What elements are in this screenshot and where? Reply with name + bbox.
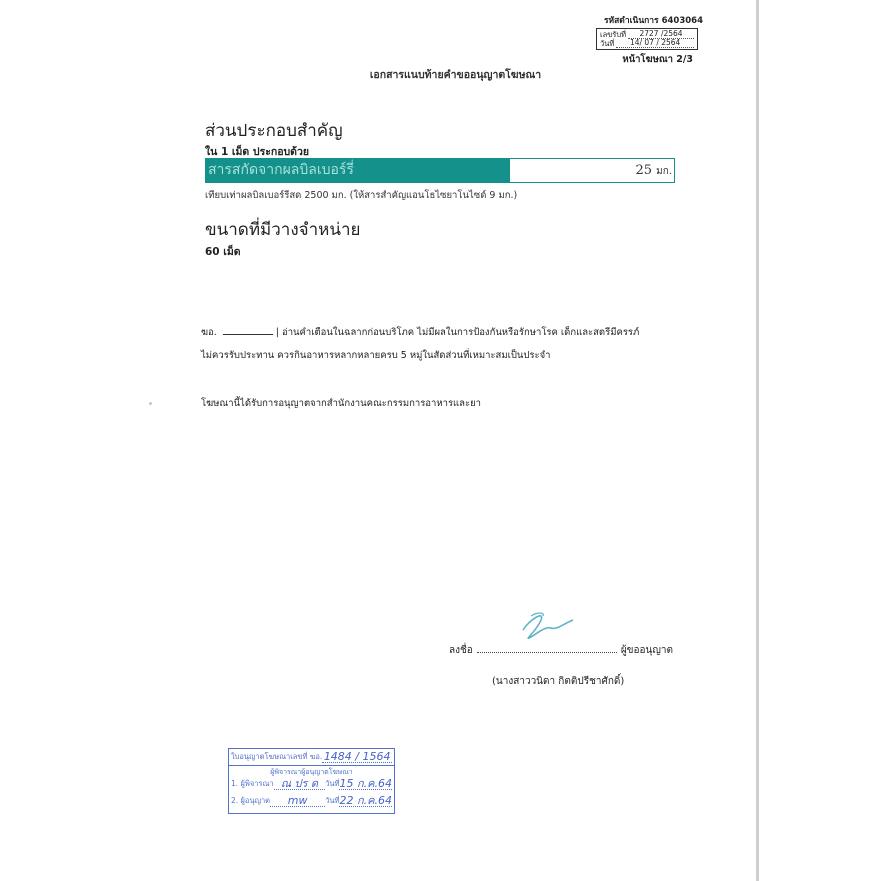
receipt-date-row: วันที่ 14/ 07 / 2564 [600, 39, 694, 48]
signature-dots [477, 642, 617, 653]
signature-mark [515, 606, 575, 644]
equivalent-note: เทียบเท่าผลบิลเบอร์รีสด 2500 มก. (ให้สาร… [205, 188, 517, 203]
warning-line-1: ฆอ.| อ่านคำเตือนในฉลากก่อนบริโภค ไม่มีผล… [201, 325, 639, 340]
receipt-date-value: 14/ 07 / 2564 [616, 39, 694, 48]
approval-note: โฆษณานี้ได้รับการอนุญาตจากสำนักงานคณะกรร… [201, 396, 481, 411]
permit-number-blank [223, 325, 273, 335]
process-code-value: 6403064 [662, 16, 703, 26]
package-heading: ขนาดที่มีวางจำหน่าย [205, 216, 360, 243]
stamp-reviewer-row: 1. ผู้พิจารณา ณ ปร ด วันที่ 15 ก.ค.64 [231, 778, 392, 790]
ad-page-number: หน้าโฆษณา 2/3 [593, 52, 703, 67]
signer-role: ผู้ขออนุญาต [621, 645, 673, 656]
stamp-permit-label: ใบอนุญาตโฆษณาเลขที่ ฆอ. [231, 751, 322, 763]
signer-name: (นางสาววนิดา กิตติปรีชาศักดิ์) [492, 674, 624, 689]
ingredient-amount: 25 มก. [510, 158, 675, 183]
scan-speck [149, 402, 152, 405]
page-edge-divider [756, 0, 759, 881]
ingredient-amount-value: 25 [635, 163, 652, 178]
stamp-approver-signature: mw [270, 795, 325, 807]
ingredient-row: สารสกัดจากผลบิลเบอร์รี่ 25 มก. [205, 158, 675, 183]
stamp-reviewer-label: 1. ผู้พิจารณา [231, 778, 274, 790]
stamp-reviewer-date: 15 ก.ค.64 [339, 778, 392, 790]
stamp-permit-row: ใบอนุญาตโฆษณาเลขที่ ฆอ. 1484 / 1564 [231, 751, 392, 763]
permit-prefix: ฆอ. [201, 327, 217, 338]
warning-line-2: ไม่ควรรับประทาน ควรกินอาหารหลากหลายครบ 5… [201, 348, 551, 363]
receipt-number-label: เลขรับที่ [600, 30, 626, 39]
stamp-approver-date-label: วันที่ [325, 795, 339, 807]
stamp-permit-value: 1484 / 1564 [322, 751, 392, 763]
ad-page-value: 2/3 [676, 54, 693, 65]
receipt-date-label: วันที่ [600, 39, 614, 48]
ad-page-label: หน้าโฆษณา [622, 54, 673, 65]
stamp-reviewer-signature: ณ ปร ด [274, 778, 326, 790]
receipt-box: เลขรับที่ 2727 /2564 วันที่ 14/ 07 / 256… [596, 28, 698, 50]
warning-text-1: | อ่านคำเตือนในฉลากก่อนบริโภค ไม่มีผลในก… [276, 327, 640, 338]
stamp-approver-row: 2. ผู้อนุญาต mw วันที่ 22 ก.ค.64 [231, 795, 392, 807]
ingredient-amount-unit: มก. [656, 166, 672, 177]
signature-line: ลงชื่อผู้ขออนุญาต [449, 642, 673, 658]
document-title: เอกสารแนบท้ายคำขออนุญาตโฆษณา [0, 66, 881, 83]
stamp-reviewer-date-label: วันที่ [325, 778, 339, 790]
document-title-text: เอกสารแนบท้ายคำขออนุญาตโฆษณา [370, 66, 541, 83]
approval-stamp: ใบอนุญาตโฆษณาเลขที่ ฆอ. 1484 / 1564 ผู้พ… [228, 748, 395, 814]
reference-block: รหัสดำเนินการ 6403064 เลขรับที่ 2727 /25… [593, 16, 703, 67]
process-code-label: รหัสดำเนินการ [604, 16, 659, 26]
composition-heading: ส่วนประกอบสำคัญ [205, 117, 343, 144]
sign-label: ลงชื่อ [449, 645, 473, 656]
stamp-approver-date: 22 ก.ค.64 [339, 795, 392, 807]
process-code: รหัสดำเนินการ 6403064 [593, 16, 703, 27]
stamp-approver-label: 2. ผู้อนุญาต [231, 795, 270, 807]
ingredient-name: สารสกัดจากผลบิลเบอร์รี่ [205, 158, 510, 183]
package-size: 60 เม็ด [205, 243, 241, 260]
stamp-divider [229, 765, 394, 766]
